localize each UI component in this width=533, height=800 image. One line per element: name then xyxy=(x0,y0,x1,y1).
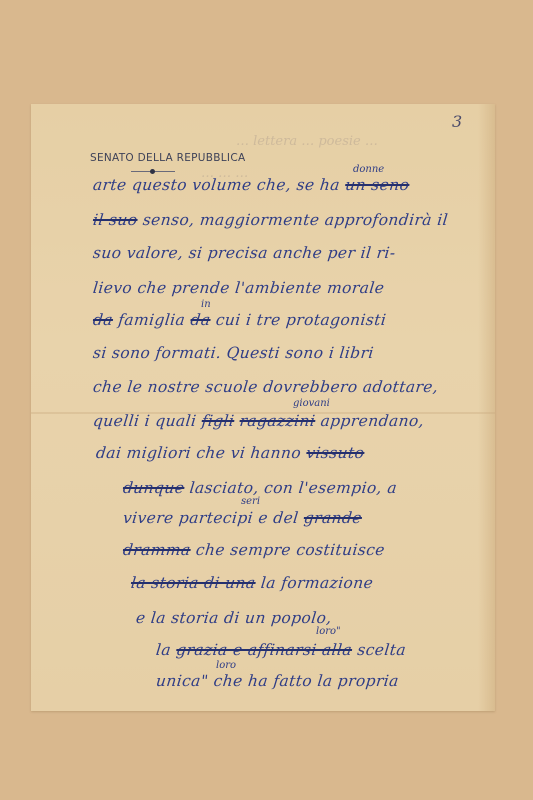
handwritten-line: dai migliori che vi hanno vissuto xyxy=(95,444,365,462)
handwritten-segment: che sempre costituisce xyxy=(190,541,386,559)
handwritten-line: si sono formati. Questi sono i libri xyxy=(92,344,375,362)
interlinear-insertion: seri xyxy=(241,496,260,507)
struck-word: figli xyxy=(201,412,235,430)
handwritten-segment: cui i tre protagonisti xyxy=(210,311,388,329)
letterhead-ornament-icon xyxy=(150,169,155,174)
handwritten-segment: arte questo volume che, se ha xyxy=(92,176,346,194)
struck-word: vissuto xyxy=(305,444,365,462)
handwritten-segment: si sono formati. Questi sono i libri xyxy=(92,344,375,362)
interlinear-insertion: donne xyxy=(353,164,384,175)
handwritten-segment: che le nostre scuole dovrebbero adottare… xyxy=(92,378,439,396)
handwritten-line: che le nostre scuole dovrebbero adottare… xyxy=(92,378,439,396)
struck-word: la storia di una xyxy=(130,574,256,592)
struck-word: ragazzini xyxy=(239,412,317,430)
handwritten-segment: la formazione xyxy=(255,574,375,592)
struck-word: da xyxy=(92,311,114,329)
interlinear-insertion: loro xyxy=(216,660,236,671)
handwritten-line: lievo che prende l'ambiente morale xyxy=(92,279,385,297)
interlinear-insertion: loro" xyxy=(316,626,341,637)
manuscript-page: 3 … lettera … poesie … … … … SENATO DELL… xyxy=(31,104,495,711)
handwritten-line: dramma che sempre costituisce xyxy=(122,541,386,559)
page-number: 3 xyxy=(452,112,462,131)
handwritten-segment: quelli i quali xyxy=(92,412,203,430)
handwritten-segment: famiglia xyxy=(112,311,191,329)
handwritten-line: da famiglia da cui i tre protagonisti xyxy=(92,311,387,329)
paper-edge-shadow xyxy=(478,104,495,711)
handwritten-segment: apprendano, xyxy=(314,412,425,430)
handwritten-line: quelli i quali figli ragazzini apprendan… xyxy=(92,412,425,430)
struck-word: grazia e affinarsi alla xyxy=(175,641,353,659)
interlinear-insertion: in xyxy=(201,299,211,310)
struck-word: dunque xyxy=(122,479,185,497)
handwritten-line: la storia di una la formazione xyxy=(130,574,374,592)
handwritten-segment: unica" che ha fatto la propria xyxy=(155,672,400,690)
handwritten-segment: senso, maggiormente approfondirà il xyxy=(137,211,449,229)
handwritten-line: e la storia di un popolo, xyxy=(135,609,333,627)
letterhead: SENATO DELLA REPUBBLICA xyxy=(90,152,245,164)
struck-word: il suo xyxy=(92,211,138,229)
handwritten-line: dunque lasciato, con l'esempio, a xyxy=(122,479,398,497)
struck-word: da xyxy=(190,311,212,329)
struck-word: grande xyxy=(303,509,363,527)
handwritten-segment: scelta xyxy=(351,641,407,659)
handwritten-segment: lasciato, con l'esempio, a xyxy=(183,479,398,497)
handwritten-segment: la xyxy=(155,641,177,659)
handwritten-line: vivere partecipi e del grande xyxy=(122,509,363,527)
handwritten-line: il suo senso, maggiormente approfondirà … xyxy=(92,211,449,229)
handwritten-segment: ri- xyxy=(376,244,397,262)
handwritten-segment: lievo che prende l'ambiente morale xyxy=(92,279,385,297)
handwritten-segment: vivere partecipi e del xyxy=(122,509,305,527)
interlinear-insertion: giovani xyxy=(293,398,330,409)
handwritten-line: suo valore, si precisa anche per il ri- xyxy=(92,244,396,262)
handwritten-segment: dai migliori che vi hanno xyxy=(95,444,307,462)
handwritten-segment: suo valore, si precisa anche per il xyxy=(92,244,378,262)
bleed-through-text: … lettera … poesie … xyxy=(236,134,378,149)
handwritten-line: la grazia e affinarsi alla scelta xyxy=(155,641,407,659)
struck-word: dramma xyxy=(122,541,192,559)
handwritten-segment: e la storia di un popolo, xyxy=(135,609,333,627)
handwritten-line: arte questo volume che, se ha un seno xyxy=(92,176,410,194)
handwritten-line: unica" che ha fatto la propria xyxy=(155,672,400,690)
struck-word: un seno xyxy=(344,176,410,194)
